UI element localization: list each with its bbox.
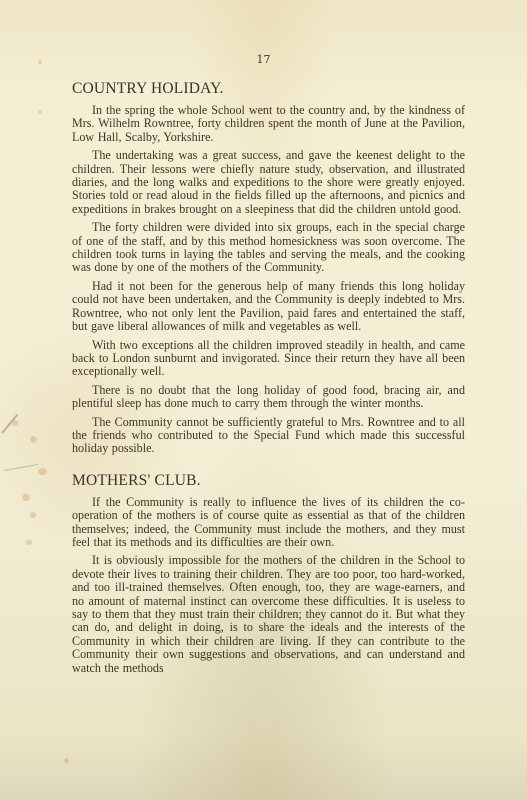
paragraph: The undertaking was a great success, and… <box>72 149 465 216</box>
section-mothers-club: MOTHERS' CLUB. If the Community is reall… <box>72 472 397 675</box>
paper-stain <box>30 512 36 518</box>
paper-stain <box>26 540 32 545</box>
paragraph: It is obviously impossible for the mothe… <box>72 554 465 675</box>
paper-stain <box>22 494 30 501</box>
paper-stain <box>64 758 69 763</box>
section-country-holiday: COUNTRY HOLIDAY. In the spring the whole… <box>72 80 397 456</box>
paragraph: If the Community is really to influence … <box>72 496 465 550</box>
paragraph: The forty children were divided into six… <box>72 221 465 275</box>
paragraph: In the spring the whole School went to t… <box>72 104 465 144</box>
page-content: COUNTRY HOLIDAY. In the spring the whole… <box>72 80 397 680</box>
paper-stain <box>38 468 47 475</box>
paper-crease <box>4 464 38 471</box>
paragraph: There is no doubt that the long holiday … <box>72 384 465 411</box>
section-heading: MOTHERS' CLUB. <box>72 472 397 490</box>
paragraph: With two exceptions all the children imp… <box>72 339 465 379</box>
paragraph: Had it not been for the generous help of… <box>72 280 465 334</box>
paper-stain <box>30 436 37 443</box>
paper-stain <box>38 110 42 114</box>
document-page: 17 COUNTRY HOLIDAY. In the spring the wh… <box>0 0 527 800</box>
paragraph: The Community cannot be sufficiently gra… <box>72 416 465 456</box>
section-heading: COUNTRY HOLIDAY. <box>72 80 397 98</box>
page-number: 17 <box>0 53 527 66</box>
